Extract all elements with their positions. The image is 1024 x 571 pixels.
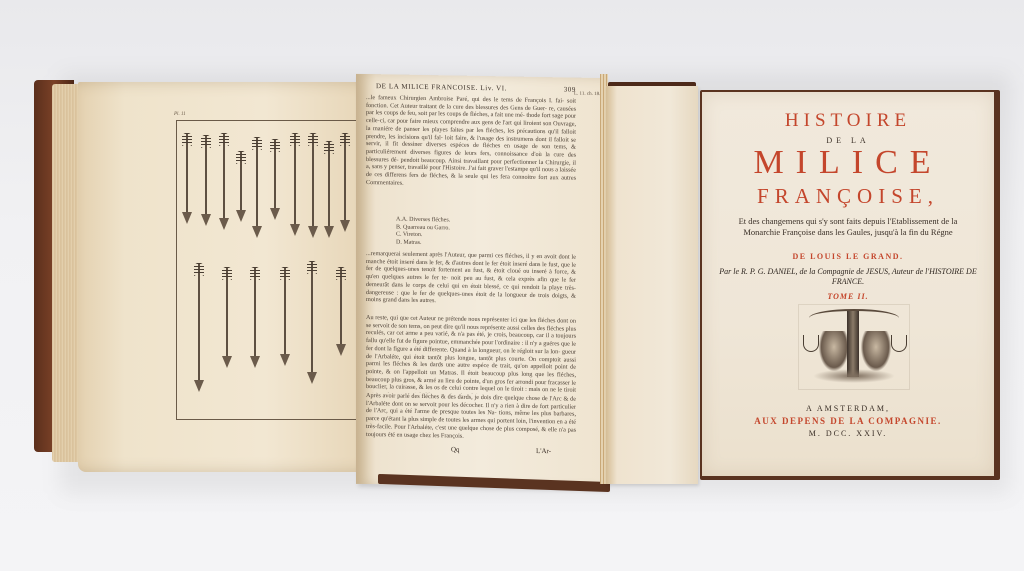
arrow-icon bbox=[340, 268, 342, 346]
title-line-milice: MILICE bbox=[702, 146, 994, 180]
arrow-icon bbox=[254, 268, 256, 358]
arrow-icon bbox=[294, 134, 296, 226]
arrow-icon bbox=[274, 140, 276, 210]
imprint-publisher: AUX DEPENS DE LA COMPAGNIE. bbox=[702, 416, 994, 426]
paragraph-2: ...remarquerai seulement après l'Auteur,… bbox=[366, 250, 576, 316]
running-head: DE LA MILICE FRANCOISE. Liv. VI. 309 bbox=[376, 82, 576, 93]
arrow-icon bbox=[226, 268, 228, 358]
paragraph-1: ...le fameux Chirurgien Ambroise Paré, q… bbox=[366, 94, 576, 216]
reign-line: DE LOUIS LE GRAND. bbox=[702, 252, 994, 261]
scale-icon bbox=[891, 335, 907, 352]
legend-list: A.A. Diverses fléches. B. Quarreau ou Ga… bbox=[396, 217, 450, 248]
catchword: L'Ar- bbox=[536, 447, 551, 455]
arrow-icon bbox=[186, 134, 188, 214]
subtitle: Et des changemens qui s'y sont faits dep… bbox=[720, 216, 976, 238]
open-book-volume: Pl. 11 Tom. I. page 309 DE LA MILICE FRA… bbox=[34, 78, 610, 488]
plate-page: Pl. 11 Tom. I. page 309 bbox=[78, 82, 390, 472]
arrow-icon bbox=[284, 268, 286, 356]
imprint-city: A AMSTERDAM, bbox=[702, 404, 994, 413]
paragraph-4: Après avoir parlé des fléches & des dard… bbox=[366, 392, 576, 444]
cherub-icon bbox=[819, 331, 849, 371]
plate-number: Pl. 11 bbox=[174, 112, 186, 117]
scale-icon bbox=[803, 335, 819, 352]
legend-item: D. Matras. bbox=[396, 239, 450, 247]
running-head-title: DE LA MILICE FRANCOISE. Liv. VI. bbox=[376, 82, 507, 92]
cherub-icon bbox=[861, 331, 891, 371]
arrow-icon bbox=[328, 142, 330, 228]
arrow-icon bbox=[256, 138, 258, 228]
arrow-icon bbox=[223, 134, 225, 220]
arrow-icon bbox=[312, 134, 314, 228]
imprint-year: M. DCC. XXIV. bbox=[702, 429, 994, 438]
text-page: DE LA MILICE FRANCOISE. Liv. VI. 309 L. … bbox=[356, 74, 606, 488]
title-line-histoire: HISTOIRE bbox=[702, 110, 994, 132]
arrow-icon bbox=[344, 134, 346, 222]
title-line-francoise: FRANÇOISE, bbox=[702, 184, 994, 209]
arrow-icon bbox=[205, 136, 207, 216]
arrow-icon bbox=[198, 264, 200, 382]
printing-press-icon bbox=[847, 311, 859, 377]
arrowhead-icon bbox=[240, 152, 242, 212]
author-line: Par le R. P. G. DANIEL, de la Compagnie … bbox=[716, 267, 980, 287]
foliage-ornament-icon bbox=[813, 369, 895, 383]
signature-mark: Qq bbox=[451, 445, 460, 453]
volume-label: TOME II. bbox=[702, 292, 994, 301]
blank-page bbox=[606, 86, 698, 484]
paragraph-3: Au reste, qui que cet Auteur ne prétende… bbox=[366, 314, 576, 396]
arrow-icon bbox=[311, 262, 313, 374]
printer-vignette bbox=[798, 304, 910, 390]
title-page: HISTOIRE DE LA MILICE FRANÇOISE, Et des … bbox=[702, 92, 994, 476]
margin-note: L. 11. ch. 18. bbox=[574, 92, 600, 97]
